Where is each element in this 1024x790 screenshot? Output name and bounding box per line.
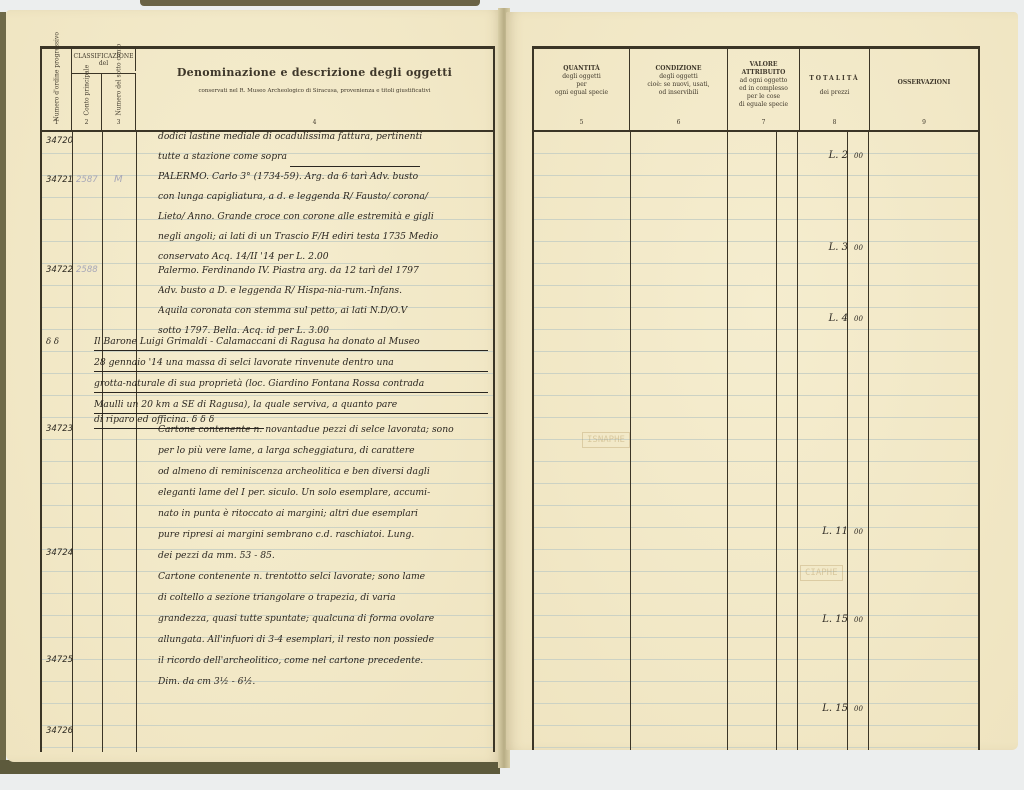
note-underline: [94, 392, 488, 393]
header-classification-label: CLASSIFICAZIONE del: [74, 53, 134, 67]
entry-line: Adv. busto a D. e leggenda R/ Hispa-nia-…: [158, 280, 488, 302]
book-cover-top: [140, 0, 480, 6]
price-lire: L. 15: [814, 614, 848, 625]
entry-line: negli angoli; ai lati di un Trascio F/H …: [158, 226, 488, 248]
col-rule-8: [868, 132, 869, 750]
header-col-title: OSSERVAZIONI: [870, 79, 978, 87]
header-col-1-number: 1: [42, 119, 71, 127]
header-col-observations: OSSERVAZIONI 9: [870, 49, 980, 130]
entry-line: tutte a stazione come sopra: [158, 146, 488, 168]
entry-line: per lo più vere lame, a larga scheggiatu…: [158, 440, 488, 462]
price-cents: 00: [854, 152, 863, 160]
bleed-through-stamp: ISNAPHE: [582, 432, 630, 448]
price-total: L. 400: [814, 313, 864, 324]
col-rule-2: [102, 132, 103, 752]
header-col-line: degli oggetti: [534, 73, 629, 81]
entry-number: 34723: [46, 424, 73, 434]
header-col-main-account-label: Conto principale: [83, 76, 90, 116]
price-total: L. 1500: [814, 703, 864, 714]
header-col-line: dei prezzi: [800, 89, 869, 97]
header-col-number: 6: [630, 119, 727, 127]
entry-number: 34726: [46, 726, 73, 736]
right-page-right-border: [978, 132, 980, 750]
entry-line: PALERMO. Carlo 3° (1734-59). Arg. da 6 t…: [158, 166, 488, 188]
price-lire: L. 3: [814, 242, 848, 253]
col-rule-5: [630, 132, 631, 750]
right-border-rule: [493, 132, 495, 752]
header-col-title: CONDIZIONE: [630, 65, 727, 73]
price-cents: 00: [854, 528, 863, 536]
note-underline: [94, 371, 488, 372]
header-col-condition: CONDIZIONE degli oggetti cioè: se nuovi,…: [630, 49, 728, 130]
col-rule-7: [797, 132, 798, 750]
book-cover-bottom: [0, 760, 500, 774]
entry-line: eleganti lame del I per. siculo. Un solo…: [158, 482, 488, 504]
entry-number: 34721: [46, 175, 73, 185]
price-lire: L. 15: [814, 703, 848, 714]
header-col-value: VALORE ATTRIBUITO ad ogni oggetto ed in …: [728, 49, 800, 130]
header-col-description: Denominazione e descrizione degli oggett…: [136, 49, 495, 130]
pencil-reference: 2587: [76, 175, 98, 185]
entry-number: 34722: [46, 265, 73, 275]
entry-line: Cartone contenente n. novantadue pezzi d…: [158, 419, 488, 441]
entry-line: il ricordo dell'archeolitico, come nel c…: [158, 650, 488, 672]
header-col-title: QUANTITÀ: [534, 65, 629, 73]
header-col-title: VALORE ATTRIBUITO: [728, 61, 799, 77]
entry-line: Palermo. Ferdinando IV. Piastra arg. da …: [158, 260, 488, 282]
right-page-header: QUANTITÀ degli oggetti per ogni egual sp…: [532, 46, 980, 132]
entry-number: 34724: [46, 548, 73, 558]
entry-line: allungata. All'infuori di 3-4 esemplari,…: [158, 629, 488, 651]
header-col-total: TOTALITÀ dei prezzi 8: [800, 49, 870, 130]
right-page-left-border: [532, 132, 534, 750]
price-lire: L. 11: [814, 526, 848, 537]
entry-line: Dim. da cm 3½ - 6½.: [158, 671, 488, 693]
sub-account-mark: M: [114, 174, 123, 185]
entry-line: Lieto/ Anno. Grande croce con corone all…: [158, 206, 488, 228]
header-col-quantity: QUANTITÀ degli oggetti per ogni egual sp…: [532, 49, 630, 130]
header-col-number: 5: [534, 119, 629, 127]
header-col-2-number: 2: [72, 119, 101, 127]
header-col-line: ed in complesso: [728, 85, 799, 93]
header-col-line: od inservibili: [630, 89, 727, 97]
col-rule-6: [727, 132, 728, 750]
entry-line: od almeno di reminiscenza archeolitica e…: [158, 461, 488, 483]
header-col-line: ad ogni oggetto: [728, 77, 799, 85]
header-subtitle: conservati nel R. Museo Archeologico di …: [136, 87, 493, 95]
left-page-header: Numero d'ordine progressivo 1 CLASSIFICA…: [40, 46, 495, 132]
price-lire: L. 4: [814, 313, 848, 324]
header-col-line: degli oggetti: [630, 73, 727, 81]
price-total: L. 1500: [814, 614, 864, 625]
left-border-rule: [40, 132, 42, 752]
header-col-sub-account-label: Numero del sotto conto: [115, 76, 122, 116]
price-cents: 00: [854, 705, 863, 713]
entry-number: 34720: [46, 136, 73, 146]
header-col-line: ogni egual specie: [534, 89, 629, 97]
header-col-number: 9: [870, 119, 978, 127]
entry-line: Cartone contenente n. trentotto selci la…: [158, 566, 488, 588]
price-total: L. 300: [814, 242, 864, 253]
header-col-sub-account: Numero del sotto conto 3: [102, 73, 136, 130]
col-rule-8a: [847, 132, 848, 750]
entry-line: dodici lastine mediale di ocadulissima f…: [158, 126, 488, 148]
entry-line: grandezza, quasi tutte spuntate; qualcun…: [158, 608, 488, 630]
margin-mark: δ δ: [46, 337, 59, 347]
header-col-number: 7: [728, 119, 799, 127]
col-rule-3: [136, 132, 137, 752]
price-cents: 00: [854, 616, 863, 624]
bleed-through-stamp: CIAPHE: [800, 565, 843, 581]
price-cents: 00: [854, 244, 863, 252]
price-total: L. 200: [814, 150, 864, 161]
header-col-number: 8: [800, 119, 869, 127]
entry-line: di coltello a sezione triangolare o trap…: [158, 587, 488, 609]
header-col-line: cioè: se nuovi, usati,: [630, 81, 727, 89]
note-underline: [94, 350, 488, 351]
entry-line: con lunga capigliatura, a d. e leggenda …: [158, 186, 488, 208]
entry-line: nato in punta è ritoccato ai margini; al…: [158, 503, 488, 525]
price-lire: L. 2: [814, 150, 848, 161]
price-total: L. 1100: [814, 526, 864, 537]
header-col-title: TOTALITÀ: [800, 75, 869, 83]
price-cents: 00: [854, 315, 863, 323]
entry-line: Aquila coronata con stemma sul petto, ai…: [158, 300, 488, 322]
header-col-line: di eguale specie: [728, 101, 799, 109]
pencil-reference: 2588: [76, 265, 98, 275]
header-col-order-number-label: Numero d'ordine progressivo: [53, 52, 60, 122]
header-col-3-number: 3: [102, 119, 135, 127]
header-title: Denominazione e descrizione degli oggett…: [136, 69, 493, 77]
header-col-order-number: Numero d'ordine progressivo 1: [40, 49, 72, 130]
col-rule-7a: [776, 132, 777, 750]
header-classification: CLASSIFICAZIONE del: [72, 49, 136, 71]
header-col-line: per: [534, 81, 629, 89]
entry-line: dei pezzi da mm. 53 - 85.: [158, 545, 488, 567]
header-col-main-account: Conto principale 2: [72, 73, 102, 130]
header-col-line: per le cose: [728, 93, 799, 101]
entry-number: 34725: [46, 655, 73, 665]
entry-line: pure ripresi ai margini sembrano c.d. ra…: [158, 524, 488, 546]
